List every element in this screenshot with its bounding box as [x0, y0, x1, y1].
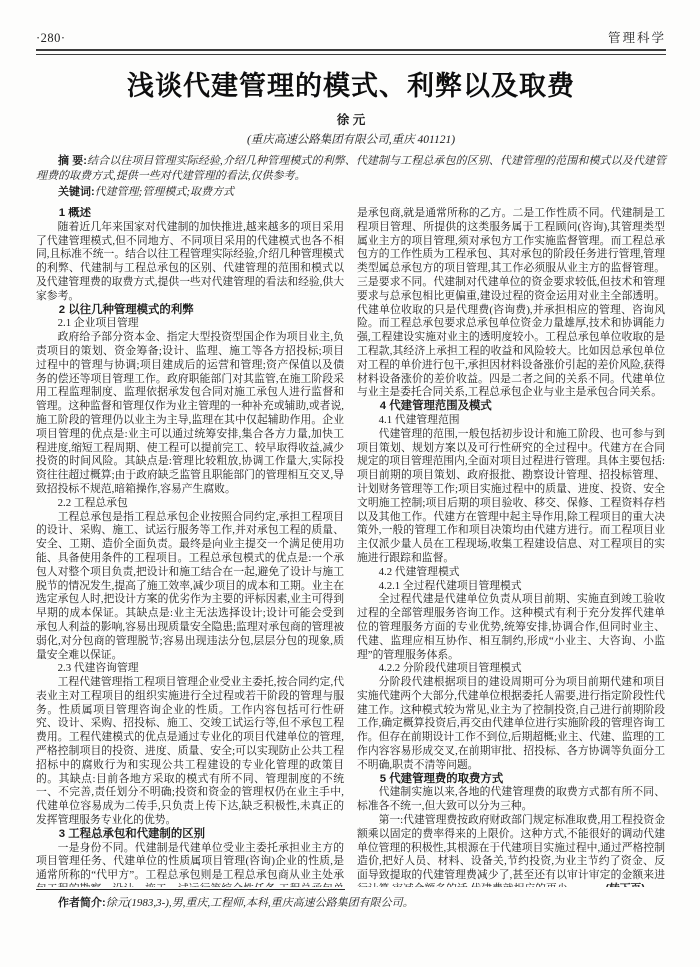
- right-column: 是承包商,就是通常所称的乙方。二是工作性质不同。代建制是工程项目管理、所提供的这…: [357, 207, 665, 887]
- keywords-label: 关键词:: [58, 186, 95, 198]
- body-paragraph: 分阶段代建根据项目的建设周期可分为项目前期代建和项目实施代建两个大部分,代建单位…: [357, 676, 665, 773]
- keywords-text: 代建管理;管理模式;取费方式: [95, 186, 234, 198]
- body-paragraph: 工程代建管理指工程项目管理企业受业主委托,按合同约定,代表业主对工程项目的组织实…: [36, 676, 344, 828]
- page-header: ·280· 管理科学: [36, 0, 666, 45]
- section-heading: 3 工程总承包和代建制的区别: [36, 828, 344, 842]
- body-paragraph: 政府给予部分资本金、指定大型投资型国企作为项目业主,负责项目的策划、资金筹备;设…: [36, 331, 344, 497]
- body-paragraph: 第一:代建管理费按政府财政部门规定标准取费,用工程投资金额乘以固定的费率得来的上…: [357, 814, 665, 887]
- body-paragraph: 全过程代建是代建单位负责从项目前期、实施直到竣工验收过程的全部管理服务咨询工作。…: [357, 593, 665, 662]
- subsection-heading: 4.2.1 全过程代建项目管理模式: [357, 580, 665, 594]
- abstract-section: 摘 要:结合以往项目管理实际经验,介绍几种管理模式的利弊、代建制与工程总承包的区…: [36, 154, 666, 184]
- journal-page: ·280· 管理科学 浅谈代建管理的模式、利弊以及取费 徐 元 (重庆高速公路集…: [0, 0, 700, 967]
- affiliation: (重庆高速公路集团有限公司,重庆 401121): [36, 133, 666, 147]
- left-column: 1 概述随着近几年来国家对代建制的加快推进,越来越多的项目采用了代建管理模式,但…: [36, 207, 344, 887]
- article-title: 浅谈代建管理的模式、利弊以及取费: [36, 69, 666, 103]
- continuation-note: (转下页): [605, 883, 645, 887]
- section-heading: 2 以往几种管理模式的利弊: [36, 304, 344, 318]
- subsection-heading: 2.3 代建咨询管理: [36, 662, 344, 676]
- author-bio-label: 作者简介:: [58, 897, 106, 909]
- journal-name: 管理科学: [608, 32, 666, 45]
- subsection-heading: 4.1 代建管理范围: [357, 414, 665, 428]
- subsection-heading: 4.2.2 分阶段代建项目管理模式: [357, 662, 665, 676]
- article-body: 1 概述随着近几年来国家对代建制的加快推进,越来越多的项目采用了代建管理模式,但…: [36, 207, 666, 887]
- author-name: 徐 元: [36, 112, 666, 128]
- section-heading: 4 代建管理范围及模式: [357, 400, 665, 414]
- body-paragraph: 是承包商,就是通常所称的乙方。二是工作性质不同。代建制是工程项目管理、所提供的这…: [357, 207, 665, 400]
- subsection-heading: 2.1 企业项目管理: [36, 317, 344, 331]
- author-bio-text: 徐元(1983,3-),男,重庆,工程师,本科,重庆高速公路集团有限公司。: [106, 897, 414, 909]
- body-paragraph: 代建管理的范围,一般包括初步设计和施工阶段、也可参与到项目策划、规划方案以及可行…: [357, 428, 665, 566]
- subsection-heading: 2.2 工程总承包: [36, 497, 344, 511]
- author-bio: 作者简介:徐元(1983,3-),男,重庆,工程师,本科,重庆高速公路集团有限公…: [36, 896, 666, 911]
- abstract-label: 摘 要:: [58, 155, 87, 167]
- keywords-section: 关键词:代建管理;管理模式;取费方式: [36, 185, 666, 200]
- body-paragraph: 工程总承包是指工程总承包企业按照合同约定,承担工程项目的设计、采购、施工、试运行…: [36, 511, 344, 663]
- body-paragraph: 代建制实施以来,各地的代建管理费的取费方式都有所不同、标准各不统一,但大致可以分…: [357, 786, 665, 814]
- body-paragraph: 随着近几年来国家对代建制的加快推进,越来越多的项目采用了代建管理模式,但不同地方…: [36, 221, 344, 304]
- body-paragraph: 一是身份不同。代建制是代建单位受业主委托承担业主方的项目管理任务、代建单位的性质…: [36, 842, 344, 887]
- header-rule: [36, 49, 666, 55]
- page-number: ·280·: [36, 32, 66, 45]
- abstract-text: 结合以往项目管理实际经验,介绍几种管理模式的利弊、代建制与工程总承包的区别、代建…: [36, 155, 666, 182]
- section-heading: 1 概述: [36, 207, 344, 221]
- footer-rule: [36, 889, 345, 890]
- section-heading: 5 代建管理费的取费方式: [357, 773, 665, 787]
- subsection-heading: 4.2 代建管理模式: [357, 566, 665, 580]
